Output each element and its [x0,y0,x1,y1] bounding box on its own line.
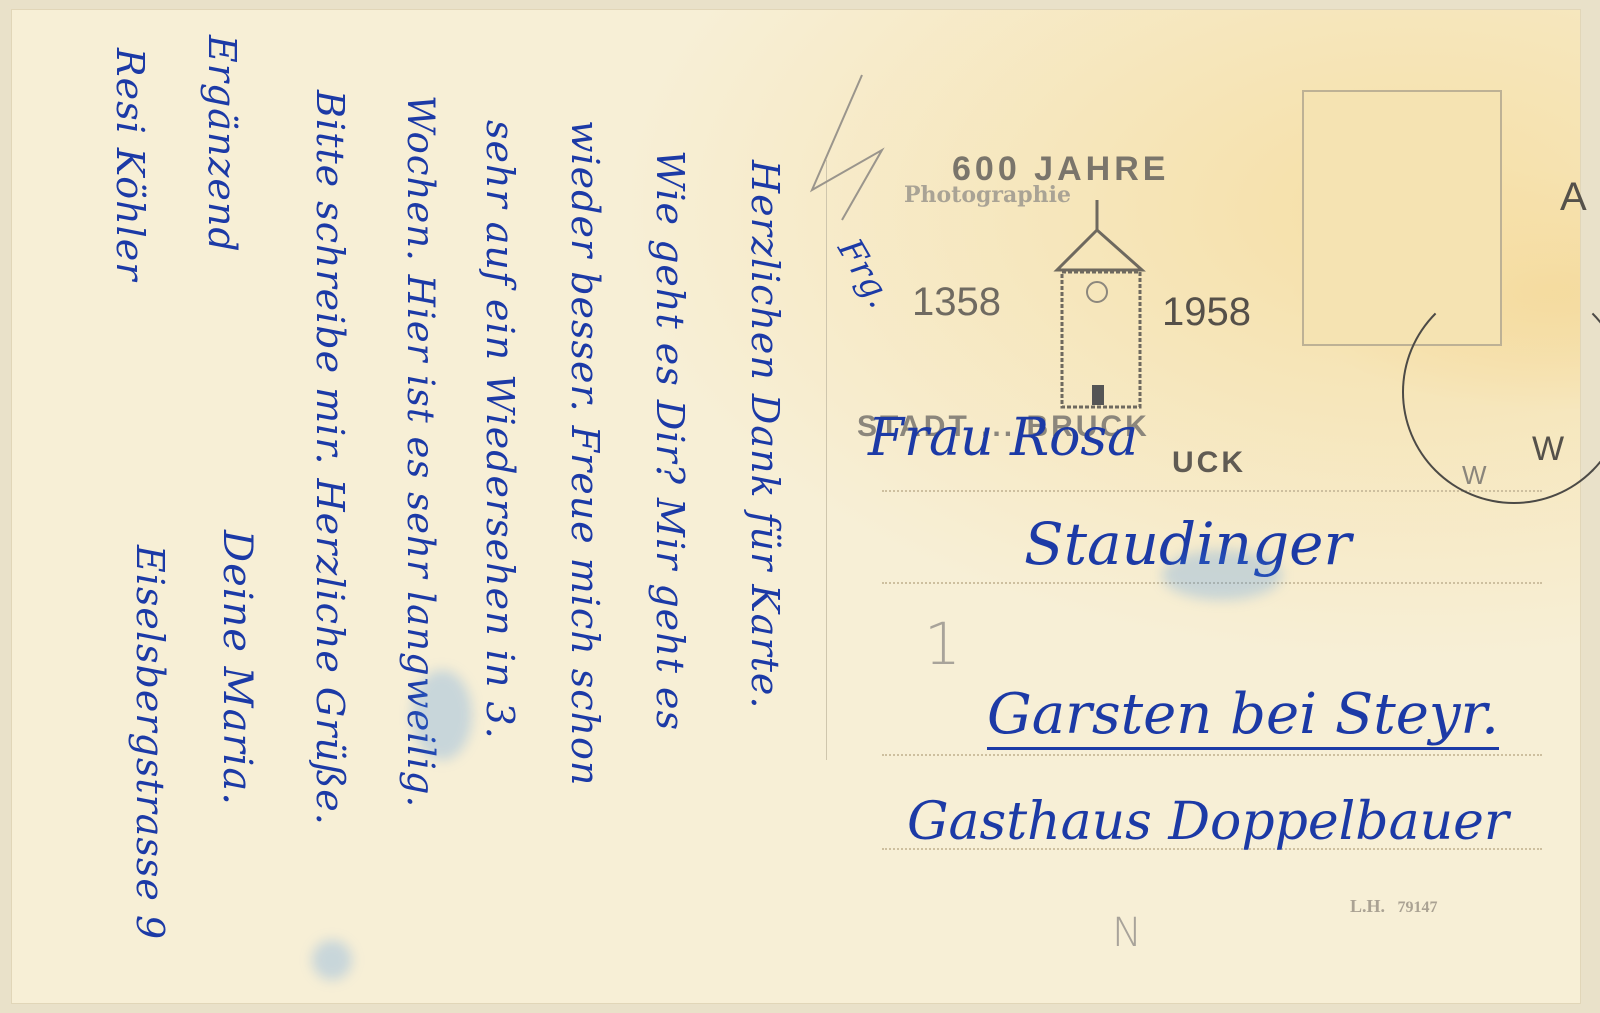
address-line4: Gasthaus Doppelbauer [907,792,1509,852]
product-code-mark: L.H. [1350,896,1385,916]
ink-smudge [1162,550,1282,600]
postmark-year-to: 1958 [1162,290,1251,335]
message-closing: Deine Maria. [214,530,260,806]
product-code: L.H. 79147 [1350,896,1438,917]
postscript-line1: Ergänzend [200,35,244,253]
tower-icon [1052,200,1147,410]
address-abbrev: Frg. [829,232,900,315]
sender-address: Eiselsbergstrasse 9 [128,545,172,940]
address-line3: Garsten bei Steyr. [987,682,1499,750]
postmark-city-partial: UCK [1172,446,1246,480]
ink-smudge [312,940,352,980]
message-line: Wie geht es Dir? Mir geht es [648,150,692,731]
pencil-mark: 1 [924,610,961,678]
product-code-number: 79147 [1398,899,1438,916]
pencil-scribble [782,70,892,230]
message-line: Bitte schreibe mir. Herzliche Grüße. [308,90,352,826]
message-line: wieder besser. Freue mich schon [563,120,607,786]
cancel-letter: W [1462,460,1487,491]
postcard-back: Photographie 600 JAHRE 1358 1958 STADT .… [12,10,1580,1003]
ink-smudge [412,670,472,760]
postmark-slogan: 600 JAHRE [952,150,1169,189]
cancel-letter-2: W [1532,430,1564,469]
address-line [882,490,1542,492]
pencil-mark: N [1112,910,1142,956]
message-line: Herzlichen Dank für Karte. [743,160,787,709]
address-line1: Frau Rosa [868,408,1138,468]
center-divider [826,160,827,760]
postscript-line2: Resi Köhler [108,48,152,281]
message-line: sehr auf ein Wiedersehen in 3. [478,120,522,740]
address-line [882,754,1542,756]
postmark-year-from: 1358 [912,280,1001,325]
second-postmark-letter: A [1560,175,1587,220]
